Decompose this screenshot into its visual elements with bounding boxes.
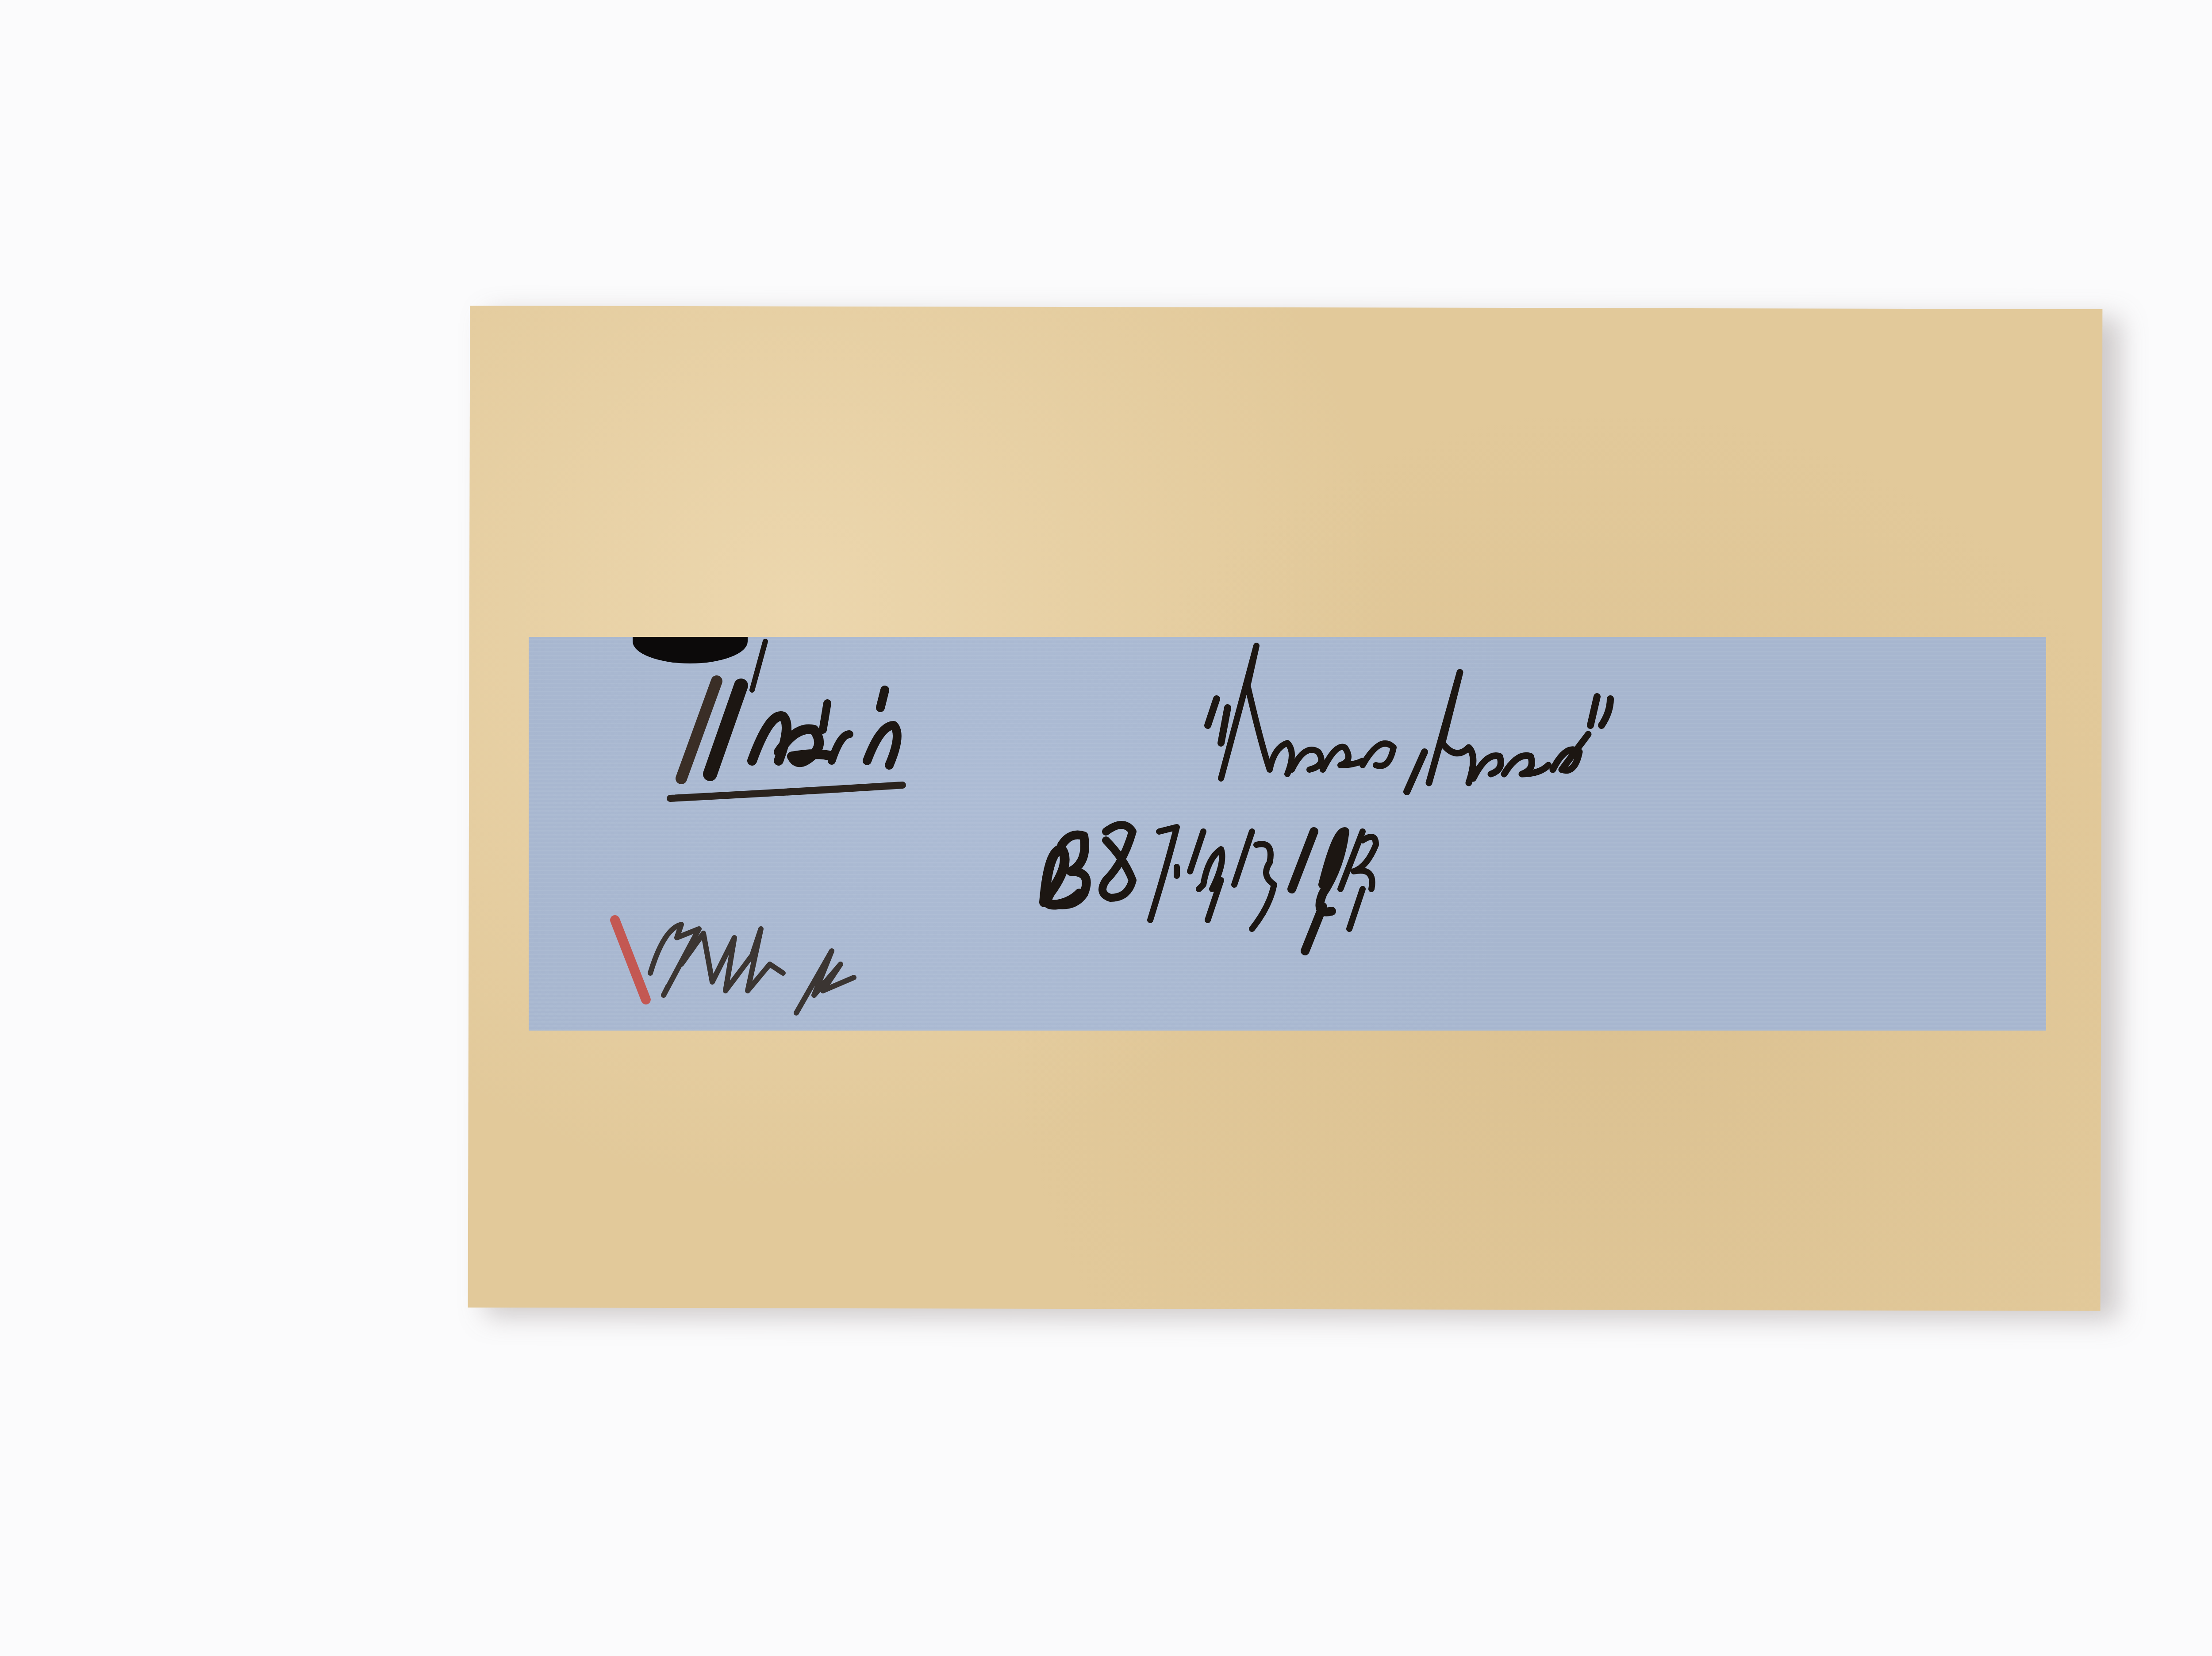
gloss-text: “horse, horses” [1225,650,2022,768]
signature-text: Krtkp [637,898,841,981]
headword-text: Uneíní [668,659,1010,777]
references-text: 2 3 8 7, 10, 13, 16, 19; [1075,827,2090,930]
